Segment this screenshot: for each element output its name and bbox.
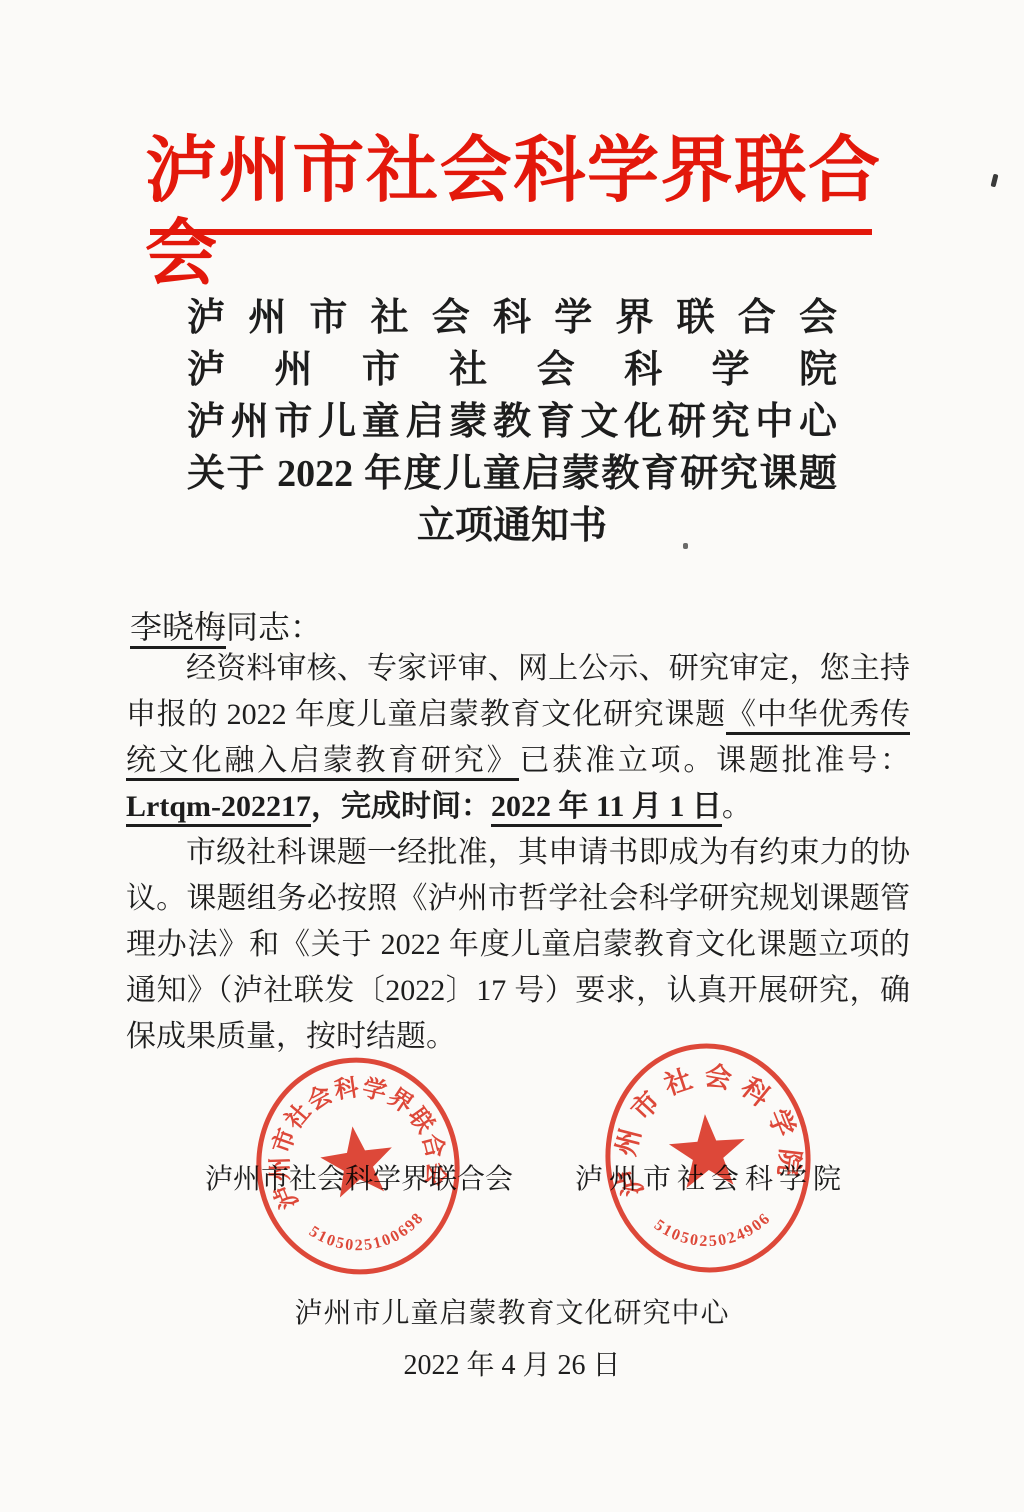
document-page: 泸州市社会科学界联合会 泸州市社会科学界联合会 泸州市社会科学院 泸州市儿童启蒙…: [0, 0, 1024, 1512]
salutation-suffix: 同志：: [226, 609, 322, 645]
para2-text: 通知》（泸社联发〔2022〕17 号）要求，认真开展研究，确: [126, 974, 910, 1007]
project-title-underlined: 《中华优秀传: [726, 698, 910, 735]
salutation: 李晓梅同志：: [130, 602, 322, 648]
recipient-name: 李晓梅: [130, 609, 226, 649]
footer-date: 2022 年 4 月 26 日: [0, 1343, 1024, 1383]
para2-text: 议。课题组务必按照《泸州市哲学社会科学研究规划课题管: [126, 882, 910, 915]
para2-line-1: 市级社科课题一经批准，其申请书即成为有约束力的协: [126, 830, 910, 876]
para1-text: ，完成时间：: [311, 790, 491, 823]
para2-text: 理办法》和《关于 2022 年度儿童启蒙教育文化课题立项的: [126, 928, 910, 961]
para2-line-4: 通知》（泸社联发〔2022〕17 号）要求，认真开展研究，确: [126, 968, 910, 1014]
seal-code-arc: 5105025024906: [650, 1209, 776, 1255]
para1-text: 申报的 2022 年度儿童启蒙教育文化研究课题: [126, 698, 726, 731]
para1-line-4: Lrtqm-202217，完成时间：2022 年 11 月 1 日。: [126, 784, 910, 830]
scan-artifact: [683, 543, 688, 549]
body-text: 经资料审核、专家评审、网上公示、研究审定，您主持 申报的 2022 年度儿童启蒙…: [126, 646, 910, 1060]
para1-text: 。: [722, 790, 752, 823]
letterhead-rule: [150, 229, 872, 235]
title-line-3: 泸州市儿童启蒙教育文化研究中心: [187, 396, 837, 448]
para1-text: 已获准立项。课题批准号：: [519, 744, 910, 777]
completion-date: 2022 年 11 月 1 日: [491, 790, 722, 827]
title-line-1: 泸州市社会科学界联合会: [187, 292, 837, 344]
document-title-block: 泸州市社会科学界联合会 泸州市社会科学院 泸州市儿童启蒙教育文化研究中心 关于 …: [187, 292, 837, 552]
project-title-underlined: 统文化融入启蒙教育研究》: [126, 744, 519, 781]
letterhead-title: 泸州市社会科学界联合会: [145, 130, 880, 296]
para2-text: 市级社科课题一经批准，其申请书即成为有约束力的协: [186, 836, 910, 869]
scan-artifact: [991, 174, 999, 188]
title-line-5: 立项通知书: [187, 500, 837, 552]
star-icon: [317, 1121, 398, 1199]
title-line-2: 泸州市社会科学院: [187, 344, 837, 396]
para1-line-1: 经资料审核、专家评审、网上公示、研究审定，您主持: [126, 646, 910, 692]
star-icon: [667, 1111, 748, 1189]
footer-org: 泸州市儿童启蒙教育文化研究中心: [0, 1291, 1024, 1331]
official-seal-right: 泸州市社会科学院 5105025024906: [592, 1033, 824, 1283]
para2-line-2: 议。课题组务必按照《泸州市哲学社会科学研究规划课题管: [126, 876, 910, 922]
approval-number: Lrtqm-202217: [126, 790, 311, 827]
para1-line-3: 统文化融入启蒙教育研究》已获准立项。课题批准号：: [126, 738, 910, 784]
para1-text: 经资料审核、专家评审、网上公示、研究审定，您主持: [186, 652, 910, 685]
official-seal-left: 泸州市社会科学界联合会 5105025100698: [237, 1040, 478, 1291]
para2-line-3: 理办法》和《关于 2022 年度儿童启蒙教育文化课题立项的: [126, 922, 910, 968]
title-line-4: 关于 2022 年度儿童启蒙教育研究课题: [187, 448, 837, 500]
para1-line-2: 申报的 2022 年度儿童启蒙教育文化研究课题《中华优秀传: [126, 692, 910, 738]
